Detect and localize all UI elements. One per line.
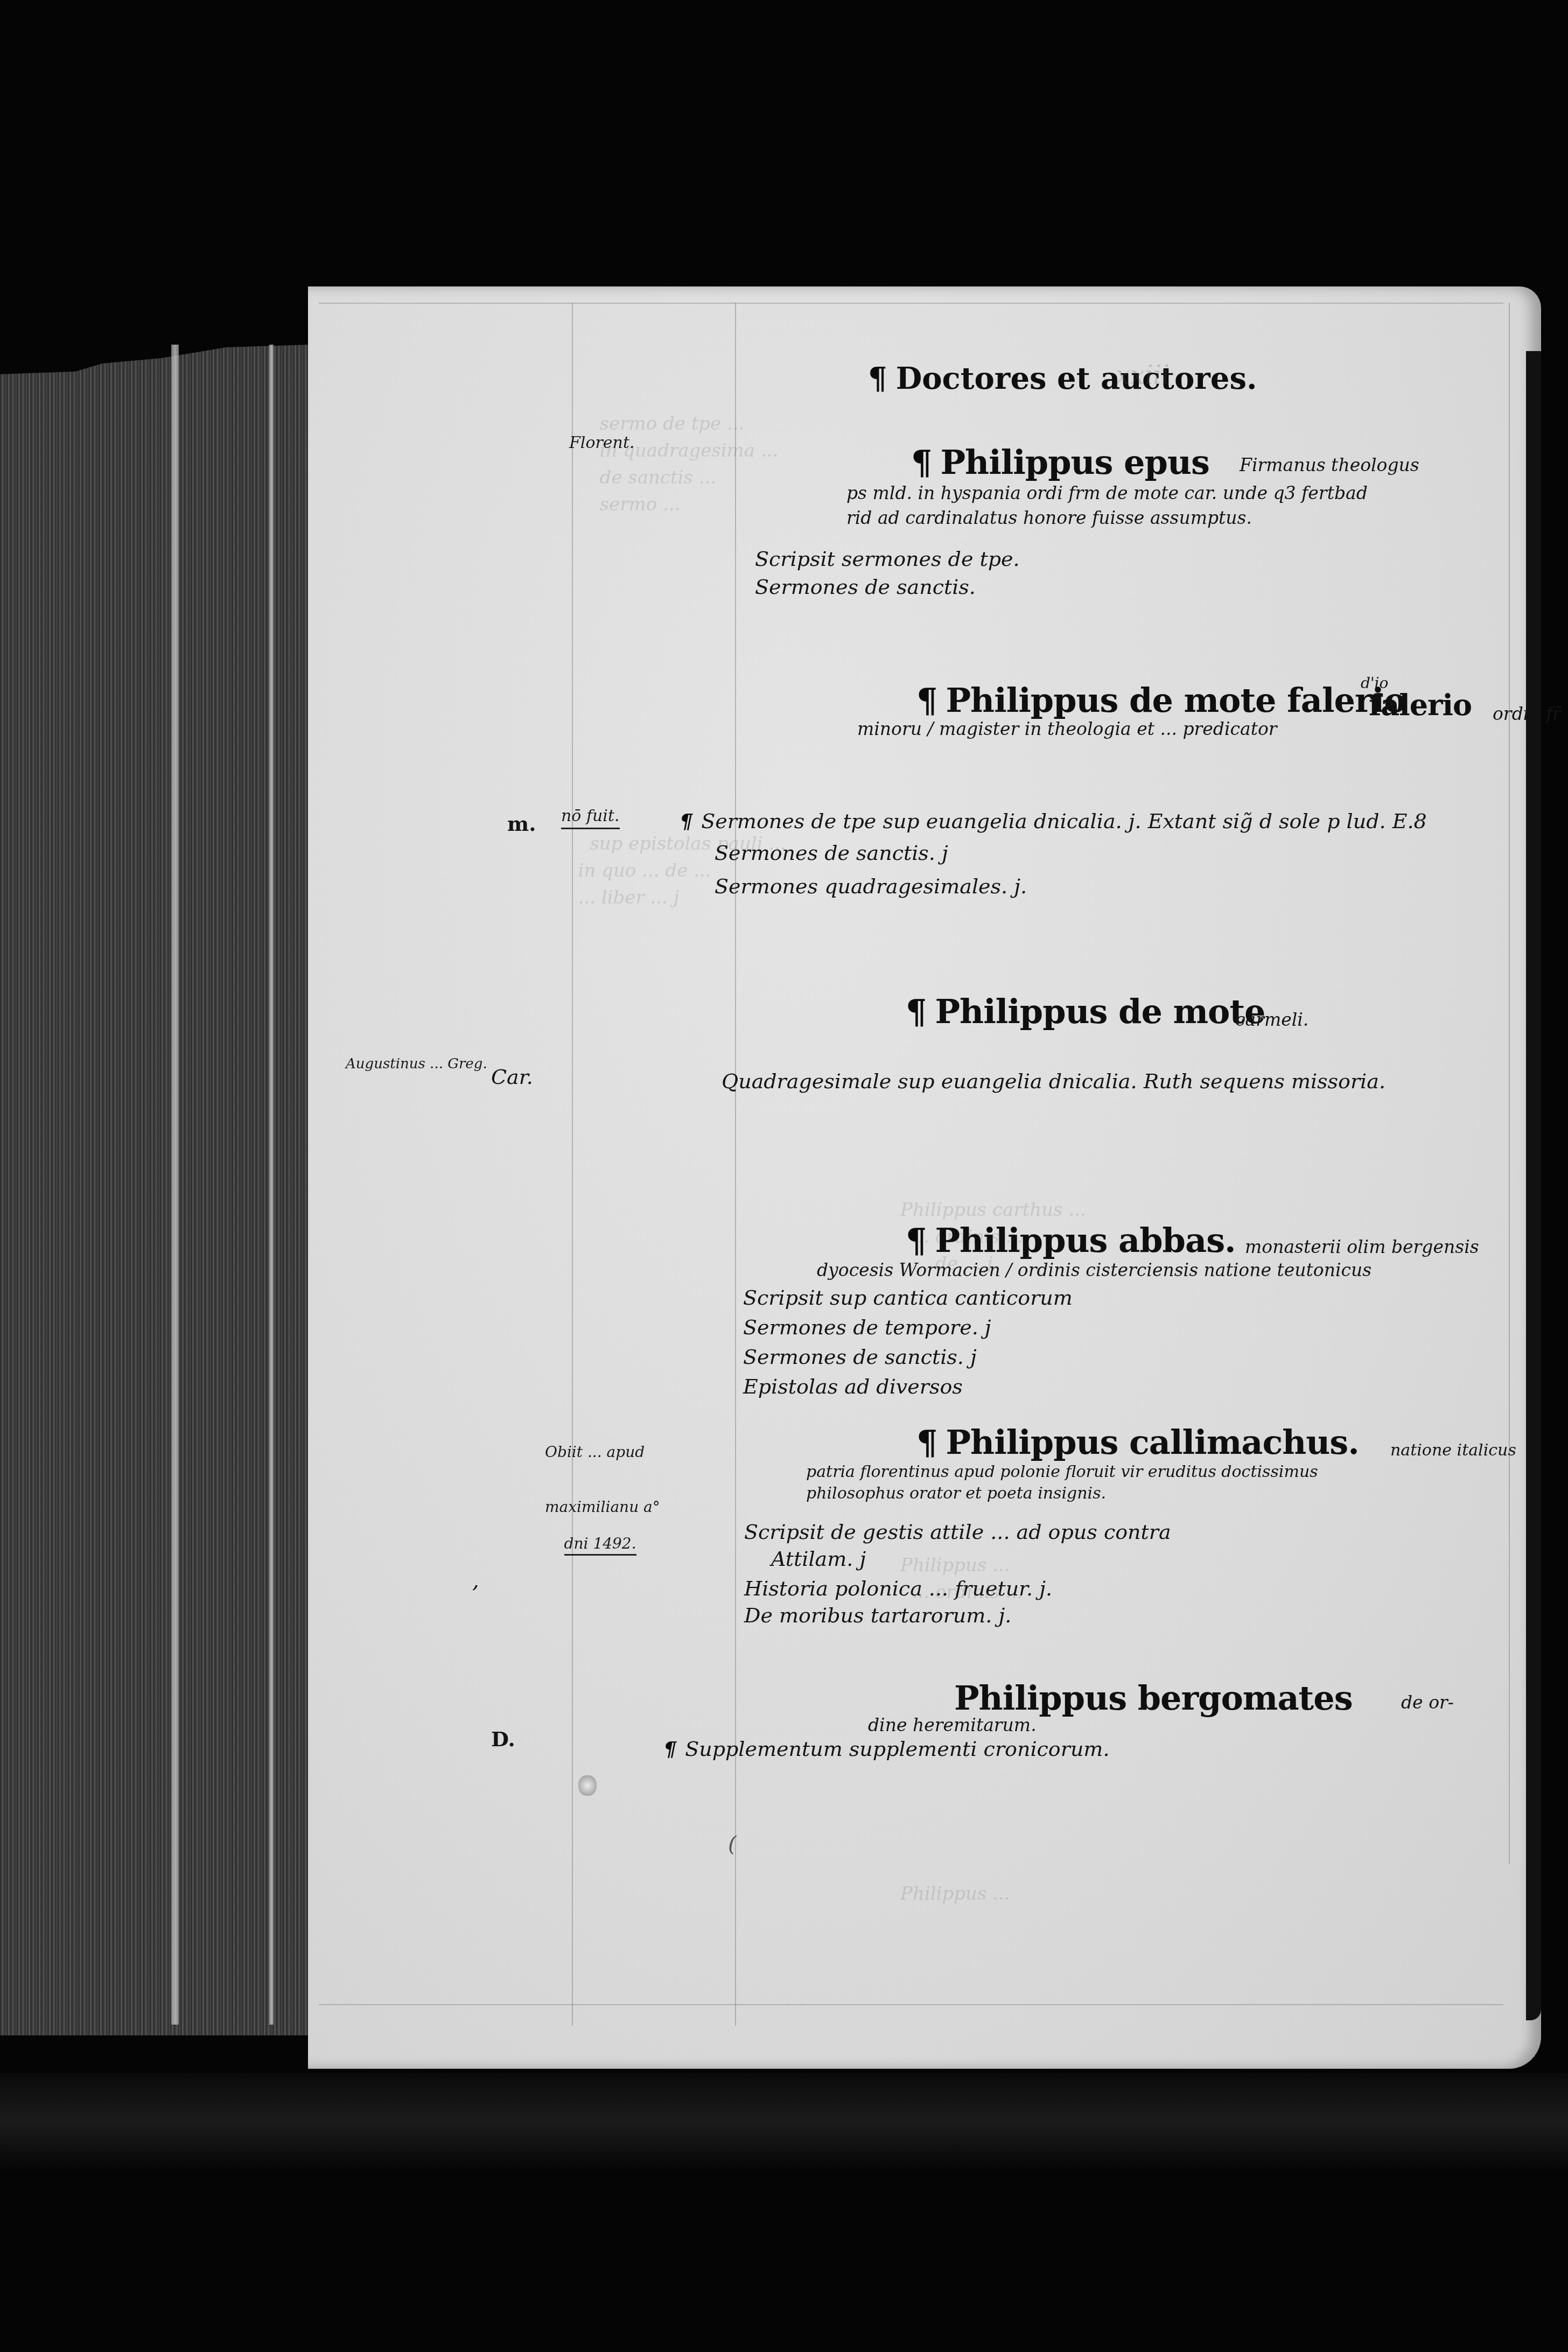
book-fore-edge — [0, 345, 310, 2035]
bleed-through-text: sermo de tpe ... in quadragesima ... de … — [588, 410, 778, 518]
work-item: Epistolas ad diversos — [743, 1371, 963, 1402]
entry-title-suffix: Firmanus theologus — [1240, 453, 1419, 477]
pilcrow-icon: ¶ — [906, 992, 926, 1031]
entry-title-suffix: natione italicus — [1390, 1439, 1516, 1462]
entry-title: Philippus bergomates — [954, 1678, 1353, 1718]
entry-title-suffix: ordi · fr̄ — [1493, 702, 1561, 726]
margin-note: Obiit ... apud maximilianu a° dni 1492. — [545, 1406, 660, 1574]
margin-letter: m. — [507, 809, 536, 839]
work-item-text: Sermones de tpe sup euangelia dnicalia. … — [701, 809, 1426, 833]
ruling-line-vertical — [1509, 303, 1510, 1864]
bleed-through-text: Philippus ... — [900, 1880, 1010, 1907]
margin-note-line: maximilianu a° — [545, 1498, 660, 1516]
entry-heading: ¶Philippus de mote falerio — [916, 681, 1406, 720]
table-surface-shadow — [0, 2073, 1568, 2170]
pilcrow-icon: ¶ — [868, 361, 887, 396]
work-item: ¶Sermones de tpe sup euangelia dnicalia.… — [680, 806, 1427, 836]
work-item: ¶Supplementum supplementi cronicorum. — [663, 1734, 1109, 1764]
margin-note: nō fuit. — [561, 806, 620, 829]
paper-stain — [578, 1775, 597, 1796]
work-item: Sermones de sanctis. j — [743, 1342, 977, 1372]
margin-note-line: Obiit ... apud — [545, 1443, 660, 1461]
work-item: Sermones de sanctis. j — [715, 838, 948, 868]
entry-title: Philippus de mote falerio — [946, 681, 1405, 720]
ruling-line-horizontal — [319, 2004, 1503, 2005]
entry-heading: ¶Philippus callimachus. — [916, 1423, 1359, 1462]
margin-note-line: dni 1492. — [564, 1535, 636, 1556]
work-item: Sermones de sanctis. — [755, 572, 976, 602]
work-item: Quadragesimale sup euangelia dnicalia. R… — [722, 1066, 1385, 1096]
work-item: Sermones de tempore. j — [743, 1312, 991, 1342]
entry-title: Philippus epus — [940, 443, 1209, 482]
pilcrow-icon: ¶ — [916, 1423, 937, 1462]
manuscript-page: sermo de tpe ... in quadragesima ... de … — [308, 286, 1541, 2069]
pilcrow-icon: ¶ — [680, 809, 692, 833]
work-item-text: Supplementum supplementi cronicorum. — [685, 1737, 1109, 1761]
stray-mark: ( — [728, 1832, 737, 1857]
work-item: Scripsit de gestis attile ... ad opus co… — [744, 1517, 1171, 1547]
entry-title: Philippus abbas. — [935, 1221, 1235, 1260]
entry-heading: ¶Philippus abbas. — [906, 1221, 1236, 1260]
fore-edge-highlight — [269, 345, 274, 2025]
entry-heading: ¶Philippus de mote — [906, 992, 1265, 1031]
faint-folio-number: xxiii — [1116, 362, 1170, 389]
fore-edge-highlight — [171, 345, 179, 2025]
entry-description-line: dyocesis Wormacien / ordinis cisterciens… — [817, 1258, 1371, 1282]
margin-note: Florent. — [569, 433, 634, 453]
work-item: Sermones quadragesimales. j. — [715, 871, 1027, 901]
running-title: ¶Doctores et auctores. — [868, 361, 1257, 396]
entry-heading: ¶Philippus epus — [911, 443, 1209, 482]
pilcrow-icon: ¶ — [663, 1737, 676, 1761]
work-item: Attilam. j — [771, 1544, 866, 1574]
work-item: Scripsit sup cantica canticorum — [743, 1283, 1073, 1313]
ruling-line-vertical — [735, 303, 736, 2026]
work-item: Historia polonica ... fruetur. j. — [744, 1573, 1052, 1604]
page-right-edge — [1526, 351, 1541, 2020]
work-item: Scripsit sermones de tpe. — [755, 544, 1020, 574]
entry-description-line: rid ad cardinalatus honore fuisse assump… — [846, 506, 1252, 530]
ruling-line-vertical — [572, 303, 573, 2026]
entry-description-line: philosophus orator et poeta insignis. — [806, 1482, 1106, 1506]
entry-title: Philippus callimachus. — [946, 1423, 1359, 1462]
entry-title-suffix: carmeli. — [1235, 1008, 1308, 1032]
entry-title-suffix: de or- — [1401, 1691, 1454, 1714]
margin-letter: Car. — [491, 1062, 533, 1092]
running-title-text: Doctores et auctores. — [896, 361, 1257, 396]
ruling-line-horizontal — [319, 303, 1503, 304]
pilcrow-icon: ¶ — [911, 443, 932, 482]
margin-note: Augustinus ... Greg. — [346, 1054, 487, 1074]
entry-description-line: ps mld. in hyspania ordi frm de mote car… — [846, 481, 1368, 505]
pilcrow-icon: ¶ — [916, 681, 937, 720]
entry-heading: Philippus bergomates — [954, 1678, 1353, 1718]
work-item: De moribus tartarorum. j. — [744, 1600, 1011, 1630]
entry-description-line: minoru / magister in theologia et ... pr… — [857, 717, 1277, 741]
stray-mark: , — [472, 1568, 479, 1593]
entry-title: Philippus de mote — [935, 992, 1265, 1031]
margin-letter: D. — [491, 1724, 515, 1754]
pilcrow-icon: ¶ — [906, 1221, 926, 1260]
entry-title-falerio: falerio — [1369, 688, 1472, 722]
entry-description-line: patria florentinus apud polonie floruit … — [806, 1460, 1318, 1484]
entry-title-suffix: monasterii olim bergensis — [1245, 1235, 1479, 1259]
